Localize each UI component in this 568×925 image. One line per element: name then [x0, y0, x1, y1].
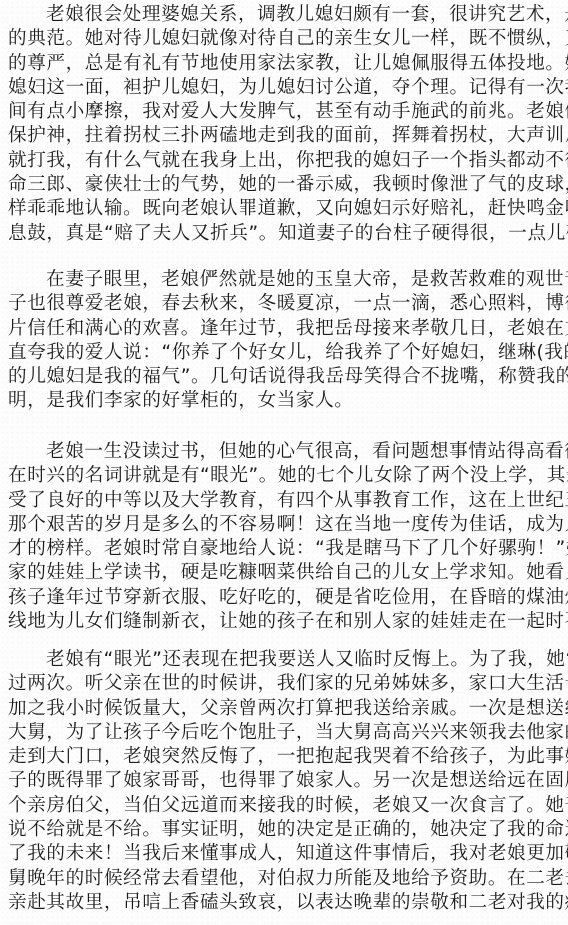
text-line: 在时兴的名词讲就是有“眼光”。她的七个儿女除了两个没上学，其余五个都接	[8, 464, 564, 488]
text-line: 在妻子眼里，老娘俨然就是她的玉皇大帝，是救苦救难的观世音菩萨。妻	[8, 268, 564, 292]
text-line: 样乖乖地认输。既向老娘认罪道歉，又向媳妇示好赔礼，赶快鸣金收兵，偃旗	[8, 197, 564, 221]
text-line: 息鼓，真是“赔了夫人又折兵”。知道妻子的台柱子硬得很，一点儿碰不得	[8, 222, 564, 246]
text-line: 老娘很会处理婆媳关系，调教儿媳妇颇有一套，很讲究艺术，是婆媳关系	[8, 3, 564, 27]
text-line: 的典范。她对待儿媳妇就像对待自己的亲生女儿一样，既不惯纵，又不失长辈	[8, 27, 564, 51]
text-line: 间有点小摩擦，我对爱人大发脾气，甚至有动手施武的前兆。老娘像儿媳妇的	[8, 100, 564, 124]
text-line: 孩子逢年过节穿新衣服、吃好吃的，硬是省吃俭用，在昏暗的煤油灯下一针一	[8, 586, 564, 610]
paragraph-adoption-story: 老娘有“眼光”还表现在把我要送人又临时反悔上。为了我，她“背信弃义” 过两次。听…	[8, 648, 564, 915]
text-line: 子也很尊爱老娘，春去秋来，冬暖夏凉，一点一滴，悉心照料，博得老娘的一	[8, 292, 564, 316]
text-line: 明，是我们李家的好掌柜的，女当家人。	[8, 389, 564, 413]
text-line: 直夸我的爱人说：“你养了个好女儿，给我养了个好媳妇，继琳(我的妻子)做我	[8, 341, 564, 365]
document-page: 老娘很会处理婆媳关系，调教儿媳妇颇有一套，很讲究艺术，是婆媳关系 的典范。她对待…	[0, 0, 568, 925]
paragraph-wife-respect: 在妻子眼里，老娘俨然就是她的玉皇大帝，是救苦救难的观世音菩萨。妻 子也很尊爱老娘…	[8, 268, 564, 414]
text-line: 片信任和满心的欢喜。逢年过节，我把岳母接来孝敬几日，老娘在丈母娘跟前	[8, 317, 564, 341]
text-line: 加之我小时候饭量大，父亲曾两次打算把我送给亲戚。一次是想送给我的乡下	[8, 697, 564, 721]
text-line: 走到大门口，老娘突然反悔了，一把抱起我哭着不给孩子，为此事她这个当妹	[8, 745, 564, 769]
text-line: 命三郎、豪侠壮士的气势，她的一番示威，我顿时像泄了气的皮球，小绵羊一	[8, 173, 564, 197]
text-line: 个亲房伯父，当伯父远道而来接我的时候，老娘又一次食言了。她干脆利落地	[8, 794, 564, 818]
paragraph-vision-education: 老娘一生没读过书，但她的心气很高，看问题想事情站得高看得远，用现 在时兴的名词讲…	[8, 440, 564, 634]
text-line: 保护神，拄着拐杖三扑两磕地走到我的面前，挥舞着拐杖，大声训斥到：“你打	[8, 124, 564, 148]
text-line: 媳妇这一面，袒护儿媳妇，为儿媳妇讨公道，夺个理。记得有一次我们夫妻之	[8, 76, 564, 100]
text-line: 子的既得罪了娘家哥哥，也得罪了娘家人。另一次是想送给远在固原落户的一	[8, 769, 564, 793]
text-line: 线地为儿女们缝制新衣，让她的孩子在和别人家的娃娃走在一起时不短精神	[8, 610, 564, 634]
text-line: 说不给就是不给。事实证明，她的决定是正确的，她决定了我的命运，也成就	[8, 818, 564, 842]
text-line: 舅晚年的时候经常去看望他，对伯叔力所能及地给予资助。在二老去世后我都	[8, 867, 564, 891]
paragraph-mother-in-law-relations: 老娘很会处理婆媳关系，调教儿媳妇颇有一套，很讲究艺术，是婆媳关系 的典范。她对待…	[8, 3, 564, 246]
text-line: 的儿媳妇是我的福气”。几句话说得我岳母笑得合不拢嘴，称赞我的老娘贤惠聪	[8, 365, 564, 389]
text-line: 大舅，为了让孩子今后吃个饱肚子，当大舅高高兴兴来领我去他家的时候，已	[8, 721, 564, 745]
text-line: 那个艰苦的岁月是多么的不容易啊！这在当地一度传为佳话，成为人们教子成	[8, 513, 564, 537]
text-line: 了我的未来！当我后来懂事成人，知道这件事情后，我对老娘更加敬爱。在大	[8, 842, 564, 866]
text-line: 受了良好的中等以及大学教育，有四个从事教育工作，这在上世纪五六十年代，	[8, 489, 564, 513]
text-line: 就打我，有什么气就在我身上出，你把我的媳妇子一个指头都动不得！”大有拼	[8, 149, 564, 173]
text-line: 才的榜样。老娘时常自豪地给人说：“我是瞎马下了几个好骡驹！”她看见别人	[8, 537, 564, 561]
text-line: 老娘一生没读过书，但她的心气很高，看问题想事情站得高看得远，用现	[8, 440, 564, 464]
text-line: 过两次。听父亲在世的时候讲，我们家的兄弟姊妹多，家口大生活十分贫困，	[8, 672, 564, 696]
text-line: 老娘有“眼光”还表现在把我要送人又临时反悔上。为了我，她“背信弃义”	[8, 648, 564, 672]
text-line: 亲赴其故里，吊唁上香磕头致哀，以表达晚辈的崇敬和二老对我的疼爱	[8, 891, 564, 915]
text-line: 的尊严，总是有礼有节地使用家法家教，让儿媳佩服得五体投地。她总是站在	[8, 52, 564, 76]
text-line: 家的娃娃上学读书，硬是吃糠咽菜供给自己的儿女上学求知。她看见别人家的	[8, 561, 564, 585]
